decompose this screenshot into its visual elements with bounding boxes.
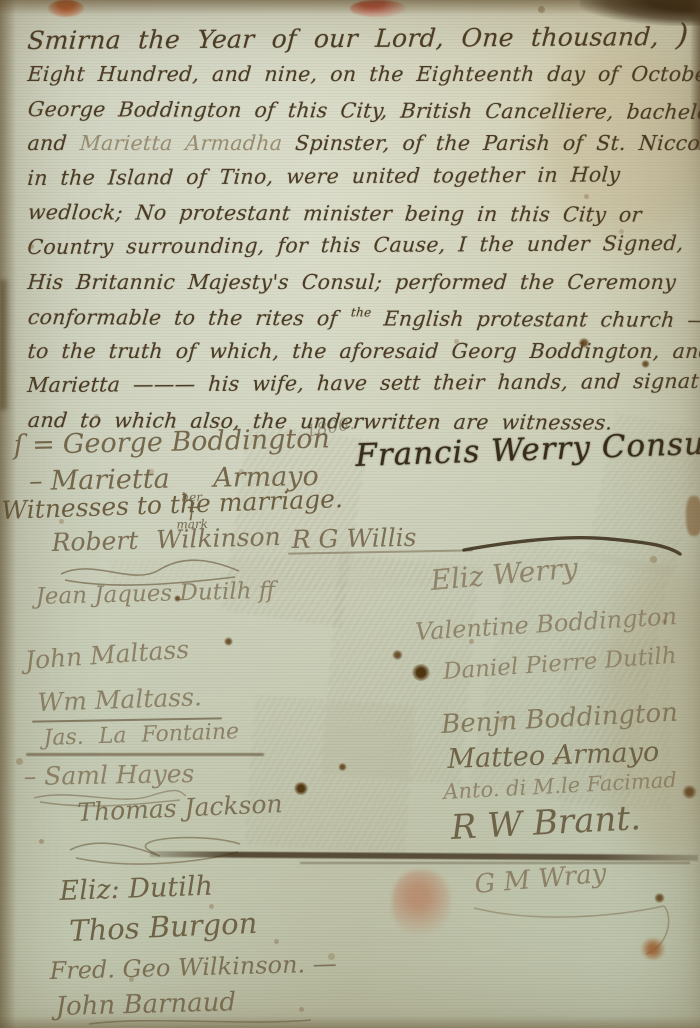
stain-spot xyxy=(224,637,233,646)
signature-gm-wray: G M Wray xyxy=(473,859,607,900)
signature-john-maltass: John Maltass xyxy=(24,635,190,675)
paper-edge-left-dark xyxy=(0,280,10,410)
record-line-4: and Marietta Armadha Spinster, of the Pa… xyxy=(26,131,696,166)
signature-daniel-pierre-dutilh: Daniel Pierre Dutilh xyxy=(442,643,677,685)
signature-benjn-boddington: Benjn Boddington xyxy=(440,698,678,740)
record-line-4-post: Spinster, of the Parish of St. Niccolo xyxy=(282,131,700,155)
signature-robert-wilkinson: Robert Wilkinson xyxy=(51,522,281,557)
signature-jean-jaques-dutilh: Jean Jaques Dutilh ff xyxy=(35,578,275,610)
margin-mark: – xyxy=(29,466,43,497)
record-line-11: Marietta ——— his wife, have sett their h… xyxy=(26,369,696,408)
signature-rg-willis: R G Willis xyxy=(291,523,416,554)
paper-edge-bottom xyxy=(0,1016,700,1028)
signature-george-boddington-name: George Boddington xyxy=(63,423,331,460)
signature-underline xyxy=(26,753,264,756)
signature-jas-la-fontaine: Jas. La Fontaine xyxy=(43,719,239,751)
signature-thos-burgon: Thos Burgon xyxy=(69,906,258,948)
record-line-9-pre: conformable to the rites of xyxy=(27,305,352,330)
manuscript-page: Smirna the Year of our Lord, One thousan… xyxy=(0,0,700,1028)
stain-spot xyxy=(412,664,430,681)
signature-fred-geo-wilkinson: Fred. Geo Wilkinson. — xyxy=(49,949,337,985)
ink-bleedthrough-smudge xyxy=(245,695,415,856)
record-line-5: in the Island of Tino, were united toget… xyxy=(26,162,696,201)
record-line-2: Eight Hundred, and nine, on the Eighteen… xyxy=(26,62,696,97)
record-line-9: conformable to the rites of the English … xyxy=(26,304,697,342)
stain-spot xyxy=(338,763,347,771)
paper-edge-left xyxy=(0,0,16,1028)
marriage-record-text: Smirna the Year of our Lord, One thousan… xyxy=(26,22,694,443)
margin-mark: ſ = xyxy=(13,429,55,461)
record-line-4-inserted-name: Marietta Armadha xyxy=(79,131,283,155)
signature-flourish-scribble xyxy=(62,828,247,868)
signature-wm-maltass: Wm Maltass. xyxy=(37,682,202,717)
record-line-7: Country surrounding, for this Cause, I t… xyxy=(26,231,696,270)
signature-flourish-swash xyxy=(468,898,678,968)
record-line-8: His Britannic Majesty's Consul; performe… xyxy=(26,270,696,305)
signature-george-boddington: ſ =George Boddington xyxy=(13,423,330,461)
stain-spot xyxy=(294,782,308,795)
record-line-9-superscript: the xyxy=(350,306,372,320)
signature-matteo-armayo: Matteo Armayo xyxy=(447,737,660,775)
paper-corner-top-right xyxy=(580,0,700,26)
stain-spot xyxy=(682,785,697,799)
record-line-10: to the truth of which, the aforesaid Geo… xyxy=(26,339,696,374)
signature-rw-brant: R W Brant. xyxy=(450,798,642,848)
consul-name: Francis Werry xyxy=(355,430,592,474)
stain-spot xyxy=(392,650,403,660)
record-line-3: George Boddington of this City, British … xyxy=(26,97,697,135)
record-line-9-post: English protestant church —— xyxy=(370,307,700,333)
consul-title: Consul xyxy=(601,425,700,465)
edge-blot-stain xyxy=(686,496,700,536)
record-line-4-pre: and xyxy=(27,131,81,155)
record-line-1-text: Smirna the Year of our Lord, One thousan… xyxy=(26,22,659,55)
ink-rule-line-echo xyxy=(300,862,690,864)
red-smear-stain xyxy=(392,870,450,936)
signature-valentine-boddington: Valentine Boddington xyxy=(414,602,677,646)
signature-eliz-dutilh: Eliz: Dutilh xyxy=(59,871,213,907)
paper-edge-right xyxy=(690,0,700,150)
signature-eliz-werry: Eliz Werry xyxy=(429,551,579,597)
